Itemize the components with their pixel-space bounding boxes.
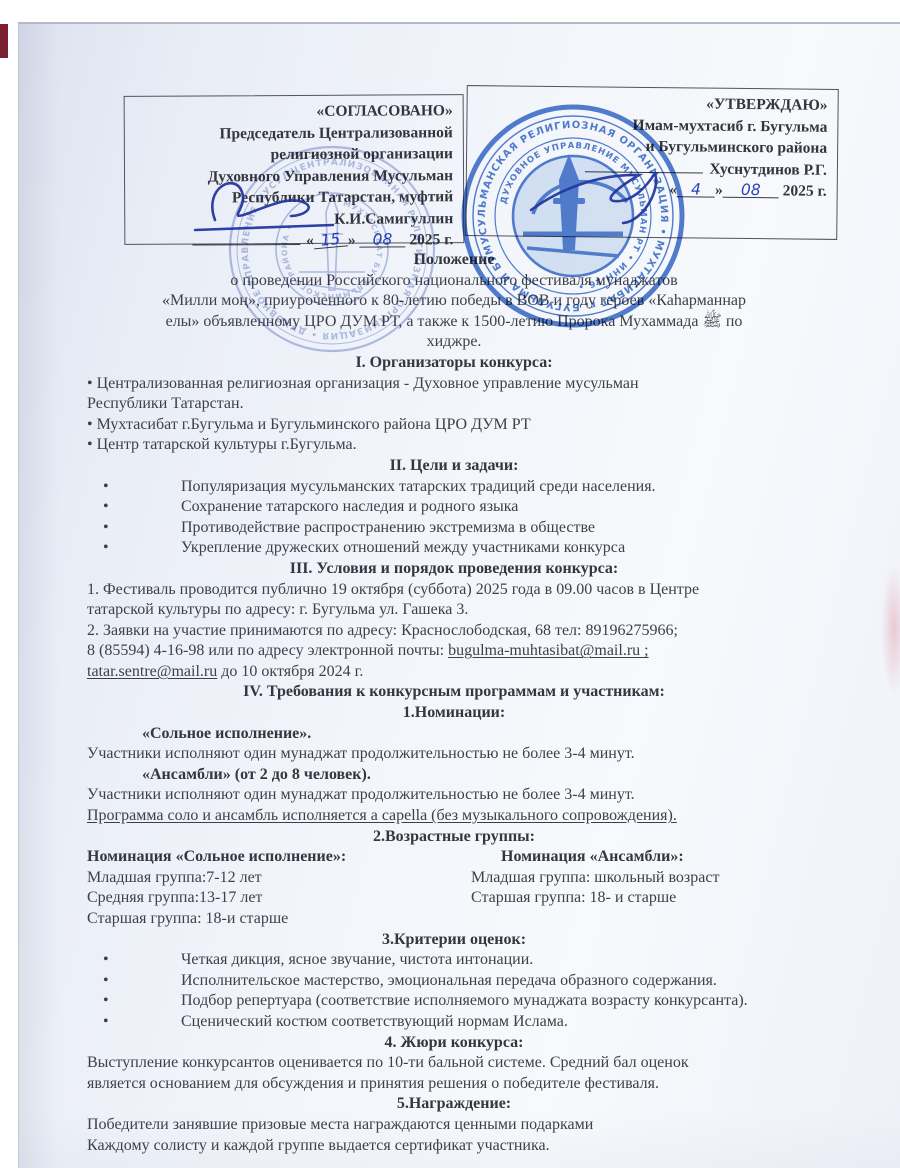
title-subline: хиджре.: [87, 332, 821, 353]
date-year: 2025 г.: [409, 231, 453, 248]
scanned-document-photo: «СОГЛАСОВАНО» Председатель Централизован…: [0, 0, 900, 1168]
nomination-ensemble-text: Участники исполняют один мунаджат продол…: [87, 785, 821, 806]
goal-item: •Популяризация мусульманских татарских т…: [87, 477, 821, 498]
subsection-criteria: 3.Критерии оценок:: [87, 930, 821, 951]
subsection-awards: 5.Награждение:: [87, 1094, 821, 1115]
goal-text: Укрепление дружеских отношений между уча…: [181, 538, 821, 559]
document-paper: «СОГЛАСОВАНО» Председатель Централизован…: [18, 22, 900, 1168]
age-group-row: Средняя группа:13-17 лет: [87, 888, 467, 909]
agreed-line: Председатель Централизованной: [133, 122, 453, 145]
criteria-item: •Подбор репертуара (соответствие исполня…: [87, 991, 821, 1012]
section-heading-goals: II. Цели и задачи:: [87, 456, 821, 477]
goal-item: •Сохранение татарского наследия и родног…: [87, 497, 821, 518]
agreed-line: Республики Татарстан, муфтий: [133, 186, 453, 209]
bullet-marker: •: [87, 991, 181, 1012]
conditions-text: 1. Фестиваль проводится публично 19 октя…: [87, 580, 821, 601]
handwritten-month: 08: [359, 229, 405, 247]
goal-text: Популяризация мусульманских татарских тр…: [181, 477, 821, 498]
goal-item: •Противодействие распространению экстрем…: [87, 518, 821, 539]
bullet-marker: •: [87, 971, 181, 992]
age-group-row: Старшая группа: 18-и старше: [87, 909, 467, 930]
bullet-marker: •: [87, 950, 181, 971]
handwritten-month: 08: [723, 180, 779, 199]
criteria-text: Сценический костюм соответствующий норма…: [181, 1012, 821, 1033]
scan-smudge: [881, 564, 900, 694]
jury-text: является основанием для обсуждения и при…: [87, 1074, 821, 1095]
conditions-text: 8 (85594) 4-16-98 или по адресу электрон…: [87, 642, 448, 659]
awards-text: Победители занявшие призовые места награ…: [87, 1115, 821, 1136]
handwritten-day: 4: [677, 179, 715, 197]
quote-close: »: [348, 232, 356, 249]
nomination-solo-text: Участники исполняют один мунаджат продол…: [87, 744, 821, 765]
agreed-title: «СОГЛАСОВАНО»: [133, 100, 453, 123]
bullet-marker: •: [87, 518, 181, 539]
section-heading-organizers: I. Организаторы конкурса:: [87, 353, 821, 374]
quote-close: »: [715, 182, 723, 199]
bullet-marker: •: [87, 477, 181, 498]
goal-item: •Укрепление дружеских отношений между уч…: [87, 538, 821, 559]
criteria-text: Четкая дикция, ясное звучание, чистота и…: [181, 950, 821, 971]
agreed-date-line: «15» 08 2025 г.: [133, 229, 453, 252]
nomination-solo-title: «Сольное исполнение».: [87, 724, 821, 745]
email-address-1: bugulma-muhtasibat@mail.ru ;: [448, 642, 648, 659]
criteria-text: Исполнительское мастерство, эмоциональна…: [181, 971, 821, 992]
section-heading-conditions: III. Условия и порядок проведения конкур…: [87, 559, 821, 580]
subsection-nominations: 1.Номинации:: [87, 703, 821, 724]
age-group-row: Старшая группа: 18- и старше: [467, 888, 821, 909]
document-body: Положение о проведении Российского нацио…: [87, 250, 821, 1156]
conditions-text: до 10 октября 2024 г.: [217, 663, 363, 680]
title-subline: «Милли моң», приуроченного к 80-летию по…: [87, 291, 821, 312]
agreed-line: Духовного Управления Мусульман: [133, 165, 453, 188]
approval-box-approved: «УТВЕРЖДАЮ» Имам-мухтасиб г. Бугульма и …: [465, 85, 839, 240]
subsection-jury: 4. Жюри конкурса:: [87, 1033, 821, 1054]
age-group-row: Младшая группа:7-12 лет: [87, 868, 467, 889]
bullet-marker: •: [87, 538, 181, 559]
red-corner-mark: [0, 24, 8, 58]
age-column-title: Номинация «Сольное исполнение»:: [87, 847, 467, 868]
organizer-item-wrap: Республики Татарстан.: [87, 394, 821, 415]
title-subline: елы» объявленному ЦРО ДУМ РТ, а также к …: [87, 312, 821, 333]
age-group-row: Младшая группа: школьный возраст: [467, 868, 821, 889]
conditions-text-with-email: tatar.sentre@mail.ru до 10 октября 2024 …: [87, 662, 821, 683]
signature-line: [192, 230, 300, 246]
age-column-title: Номинация «Ансамбли»:: [467, 847, 821, 868]
approved-signer-name: Хуснутдинов Р.Г.: [709, 160, 827, 178]
organizer-item: • Центр татарской культуры г.Бугульма.: [87, 435, 821, 456]
bullet-marker: •: [87, 497, 181, 518]
organizer-item: • Мухтасибат г.Бугульма и Бугульминского…: [87, 415, 821, 436]
approval-box-agreed: «СОГЛАСОВАНО» Председатель Централизован…: [124, 94, 465, 245]
document-title: Положение: [87, 250, 821, 271]
section-heading-requirements: IV. Требования к конкурсным программам и…: [87, 682, 821, 703]
criteria-item: •Сценический костюм соответствующий норм…: [87, 1012, 821, 1033]
conditions-text: 2. Заявки на участие принимаются по адре…: [87, 621, 821, 642]
nomination-ensemble-title: «Ансамбли» (от 2 до 8 человек).: [87, 765, 821, 786]
approved-date-line: «4»08 2025 г.: [475, 177, 827, 202]
organizer-item: • Централизованная религиозная организац…: [87, 374, 821, 395]
criteria-item: •Исполнительское мастерство, эмоциональн…: [87, 971, 821, 992]
subsection-age-groups: 2.Возрастные группы:: [87, 827, 821, 848]
jury-text: Выступление конкурсантов оценивается по …: [87, 1053, 821, 1074]
conditions-text-with-email: 8 (85594) 4-16-98 или по адресу электрон…: [87, 641, 821, 662]
age-groups-columns: Номинация «Сольное исполнение»: Младшая …: [87, 847, 821, 929]
handwritten-day: 15: [313, 228, 349, 249]
conditions-text: татарской культуры по адресу: г. Бугульм…: [87, 600, 821, 621]
email-address-2: tatar.sentre@mail.ru: [87, 663, 217, 680]
title-subline: о проведении Российского национального ф…: [87, 271, 821, 292]
quote-open: «: [669, 181, 677, 198]
agreed-signer-name: К.И.Самигуллин: [133, 208, 453, 231]
date-year: 2025 г.: [783, 182, 827, 199]
agreed-line: религиозной организации: [133, 143, 453, 166]
criteria-text: Подбор репертуара (соответствие исполняе…: [181, 991, 821, 1012]
criteria-item: •Четкая дикция, ясное звучание, чистота …: [87, 950, 821, 971]
bullet-marker: •: [87, 1012, 181, 1033]
age-column-ensemble: Номинация «Ансамбли»: Младшая группа: шк…: [467, 847, 821, 929]
awards-text: Каждому солисту и каждой группе выдается…: [87, 1136, 821, 1157]
goal-text: Противодействие распространению экстреми…: [181, 518, 821, 539]
goal-text: Сохранение татарского наследия и родного…: [181, 497, 821, 518]
acapella-note: Программа соло и ансамбль исполняется a …: [87, 806, 821, 827]
age-column-solo: Номинация «Сольное исполнение»: Младшая …: [87, 847, 467, 929]
signature-line: [585, 157, 703, 173]
